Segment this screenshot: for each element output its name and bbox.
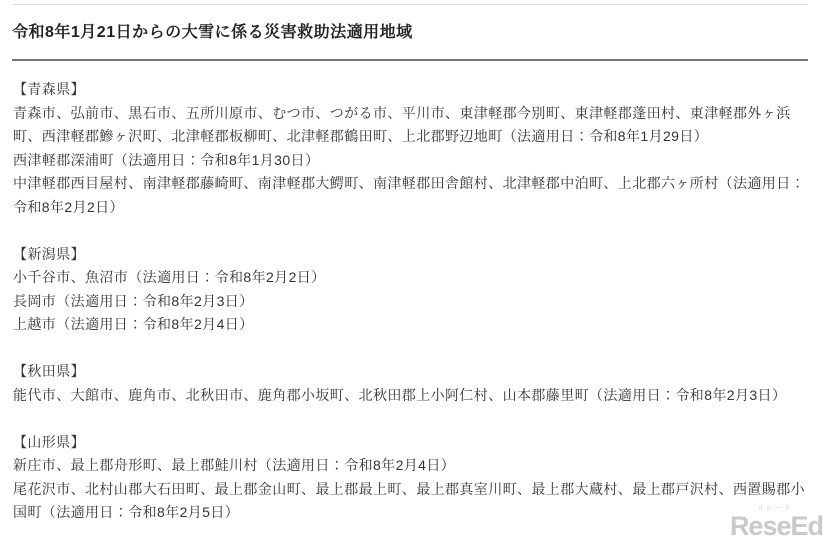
section-lines: 青森市、弘前市、黒石市、五所川原市、むつ市、つがる市、平川市、東津軽郡今別町、東… <box>13 102 808 220</box>
prefecture-section: 【秋田県】 能代市、大館市、鹿角市、北秋田市、鹿角郡小坂町、北秋田郡上小阿仁村、… <box>13 360 808 407</box>
prefecture-section: 【青森県】 青森市、弘前市、黒石市、五所川原市、むつ市、つがる市、平川市、東津軽… <box>13 78 808 219</box>
area-line: 長岡市（法適用日：令和8年2月3日） <box>13 290 808 314</box>
prefecture-heading: 【青森県】 <box>13 78 808 102</box>
prefecture-section: 【山形県】 新庄市、最上郡舟形町、最上郡鮭川村（法適用日：令和8年2月4日）尾花… <box>13 431 808 525</box>
area-line: 中津軽郡西目屋村、南津軽郡藤崎町、南津軽郡大鰐町、南津軽郡田舎館村、北津軽郡中泊… <box>13 172 808 196</box>
area-line: 令和8年2月2日） <box>13 196 808 220</box>
prefecture-heading: 【秋田県】 <box>13 360 808 384</box>
reseed-logo-text: ReseEd <box>730 513 823 538</box>
area-line: 能代市、大館市、鹿角市、北秋田市、鹿角郡小坂町、北秋田郡上小阿仁村、山本郡藤里町… <box>13 384 808 408</box>
area-line: 上越市（法適用日：令和8年2月4日） <box>13 313 808 337</box>
section-lines: 新庄市、最上郡舟形町、最上郡鮭川村（法適用日：令和8年2月4日）尾花沢市、北村山… <box>13 454 808 525</box>
area-line: 町、西津軽郡鰺ヶ沢町、北津軽郡板柳町、北津軽郡鶴田町、上北郡野辺地町（法適用日：… <box>13 125 808 149</box>
prefecture-heading: 【新潟県】 <box>13 243 808 267</box>
prefecture-sections: 【青森県】 青森市、弘前市、黒石市、五所川原市、むつ市、つがる市、平川市、東津軽… <box>13 61 808 525</box>
area-line: 新庄市、最上郡舟形町、最上郡鮭川村（法適用日：令和8年2月4日） <box>13 454 808 478</box>
area-line: 尾花沢市、北村山郡大石田町、最上郡金山町、最上郡最上町、最上郡真室川町、最上郡大… <box>13 478 808 502</box>
prefecture-heading: 【山形県】 <box>13 431 808 455</box>
area-line: 小千谷市、魚沼市（法適用日：令和8年2月2日） <box>13 266 808 290</box>
area-line: 西津軽郡深浦町（法適用日：令和8年1月30日） <box>13 149 808 173</box>
prefecture-section: 【新潟県】 小千谷市、魚沼市（法適用日：令和8年2月2日）長岡市（法適用日：令和… <box>13 243 808 337</box>
area-line: 青森市、弘前市、黒石市、五所川原市、むつ市、つがる市、平川市、東津軽郡今別町、東… <box>13 102 808 126</box>
article-page: 令和8年1月21日からの大雪に係る災害救助法適用地域 【青森県】 青森市、弘前市… <box>0 4 826 538</box>
section-lines: 能代市、大館市、鹿角市、北秋田市、鹿角郡小坂町、北秋田郡上小阿仁村、山本郡藤里町… <box>13 384 808 408</box>
page-title: 令和8年1月21日からの大雪に係る災害救助法適用地域 <box>12 5 808 43</box>
reseed-logo: リシード ReseEd <box>730 505 823 538</box>
section-lines: 小千谷市、魚沼市（法適用日：令和8年2月2日）長岡市（法適用日：令和8年2月3日… <box>13 266 808 337</box>
area-line: 国町（法適用日：令和8年2月5日） <box>13 501 808 525</box>
